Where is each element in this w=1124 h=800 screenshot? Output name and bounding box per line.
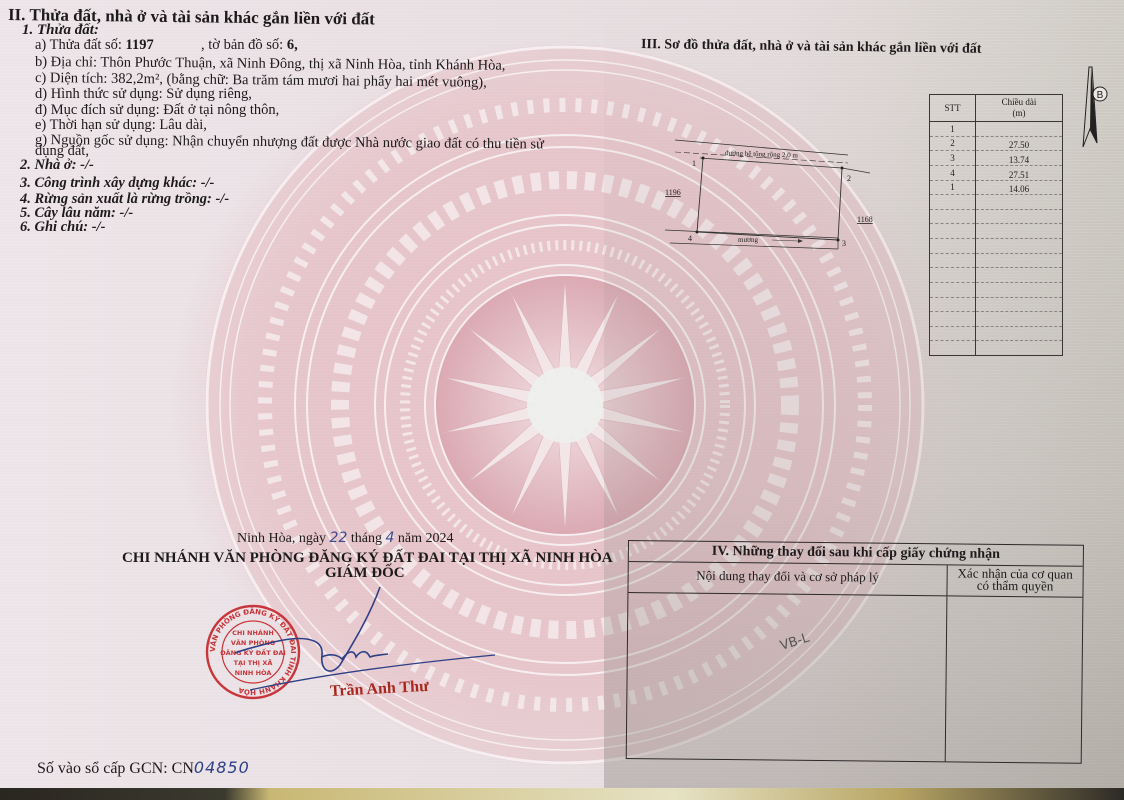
empty-cell (976, 297, 1063, 312)
changes-content-header: Nội dung thay đổi và cơ sở pháp lý (628, 562, 947, 595)
usage-term-line: e) Thời hạn sử dụng: Lâu dài, (35, 118, 207, 133)
month-label: tháng (351, 531, 382, 546)
place-date-prefix: Ninh Hòa, ngày (237, 531, 326, 546)
house-line: 2. Nhà ở: -/- (20, 158, 94, 173)
empty-row (930, 209, 1063, 224)
changes-content-cell: VB-L (627, 593, 948, 761)
header-length: Chiều dài (m) (976, 95, 1063, 122)
issue-year: năm 2024 (398, 531, 454, 546)
parcel-number-line: a) Thửa đất số: 1197 , tờ bản đồ số: 6, (35, 38, 298, 53)
empty-row (930, 297, 1063, 312)
row-stt: 4 (930, 165, 976, 180)
authority-confirmation-header: Xác nhận của cơ quan có thẩm quyền (947, 565, 1082, 596)
empty-cell (930, 326, 976, 341)
edge-length-row: 313.74 (930, 151, 1063, 166)
place-date: Ninh Hòa, ngày 22 tháng 4 năm 2024 (237, 530, 454, 547)
parcel-sketch: đường bê tông rộng 2,0 m mương 1196 1168… (660, 130, 900, 260)
row-length: 14.06 (976, 180, 1063, 195)
empty-cell (976, 268, 1063, 283)
parcel-number: 1197 (126, 37, 154, 53)
empty-cell (930, 224, 976, 239)
other-construction-line: 3. Công trình xây dựng khác: -/- (20, 176, 214, 191)
neighbor-left: 1196 (665, 188, 681, 197)
edge-length-row: 1 (930, 122, 1063, 137)
north-arrow-icon: B (1075, 65, 1111, 150)
empty-row (930, 253, 1063, 268)
issue-day: 22 (330, 530, 348, 546)
vertex-2: 2 (847, 174, 851, 183)
changes-table: IV. Những thay đổi sau khi cấp giấy chứn… (626, 540, 1084, 764)
row-stt: 2 (930, 136, 976, 151)
empty-cell (976, 312, 1063, 327)
empty-cell (976, 195, 1063, 210)
empty-row (930, 224, 1063, 239)
empty-cell (976, 224, 1063, 239)
edge-length-row: 114.06 (930, 180, 1063, 195)
registry-number: 04850 (194, 758, 250, 777)
empty-row (930, 326, 1063, 341)
handwritten-note: VB-L (778, 631, 811, 654)
empty-cell (930, 195, 976, 210)
signature-scribble (230, 585, 500, 695)
vertex-4: 4 (688, 234, 692, 243)
empty-cell (930, 297, 976, 312)
empty-cell (976, 282, 1063, 297)
registry-number-line: Số vào sổ cấp GCN: CN04850 (37, 758, 250, 778)
ditch-label: mương (738, 236, 758, 244)
notes-line: 6. Ghi chú: -/- (20, 220, 105, 235)
empty-cell (976, 326, 1063, 341)
row-length: 27.50 (976, 136, 1063, 151)
empty-cell (930, 239, 976, 254)
row-stt: 1 (930, 122, 976, 137)
empty-row (930, 195, 1063, 210)
empty-cell (976, 209, 1063, 224)
empty-cell (976, 253, 1063, 268)
row-length: 13.74 (976, 151, 1063, 166)
empty-row (930, 268, 1063, 283)
empty-row (930, 239, 1063, 254)
row-length (976, 122, 1063, 137)
empty-cell (930, 312, 976, 327)
neighbor-right: 1168 (857, 215, 873, 224)
road-label: đường bê tông rộng 2,0 m (725, 149, 799, 160)
edge-length-table: STT Chiều dài (m) 1227.50313.74427.51114… (929, 94, 1063, 356)
empty-cell (930, 209, 976, 224)
empty-cell (930, 282, 976, 297)
edge-length-row: 427.51 (930, 165, 1063, 180)
empty-cell (976, 341, 1063, 356)
empty-cell (930, 253, 976, 268)
empty-cell (930, 341, 976, 356)
empty-row (930, 282, 1063, 297)
parcel-number-label: a) Thửa đất số: (35, 37, 122, 53)
usage-purpose-line: đ) Mục đích sử dụng: Đất ở tại nông thôn… (35, 103, 279, 118)
map-sheet-label: , tờ bản đồ số: (201, 37, 283, 53)
usage-form-line: d) Hình thức sử dụng: Sử dụng riêng, (35, 87, 252, 102)
map-sheet-number: 6, (287, 37, 298, 53)
row-stt: 1 (930, 180, 976, 195)
empty-row (930, 312, 1063, 327)
background-edge (0, 788, 1124, 800)
empty-row (930, 341, 1063, 356)
signer-position: GIÁM ĐỐC (325, 565, 405, 582)
row-stt: 3 (930, 151, 976, 166)
vertex-3: 3 (842, 239, 846, 248)
empty-cell (930, 268, 976, 283)
vertex-1: 1 (692, 159, 696, 168)
authority-confirmation-cell (946, 596, 1083, 762)
header-stt: STT (930, 95, 976, 122)
issue-month: 4 (385, 530, 394, 546)
edge-length-row: 227.50 (930, 136, 1063, 151)
north-label: B (1097, 90, 1104, 101)
empty-cell (976, 239, 1063, 254)
row-length: 27.51 (976, 165, 1063, 180)
registry-label: Số vào sổ cấp GCN: CN (37, 760, 194, 777)
